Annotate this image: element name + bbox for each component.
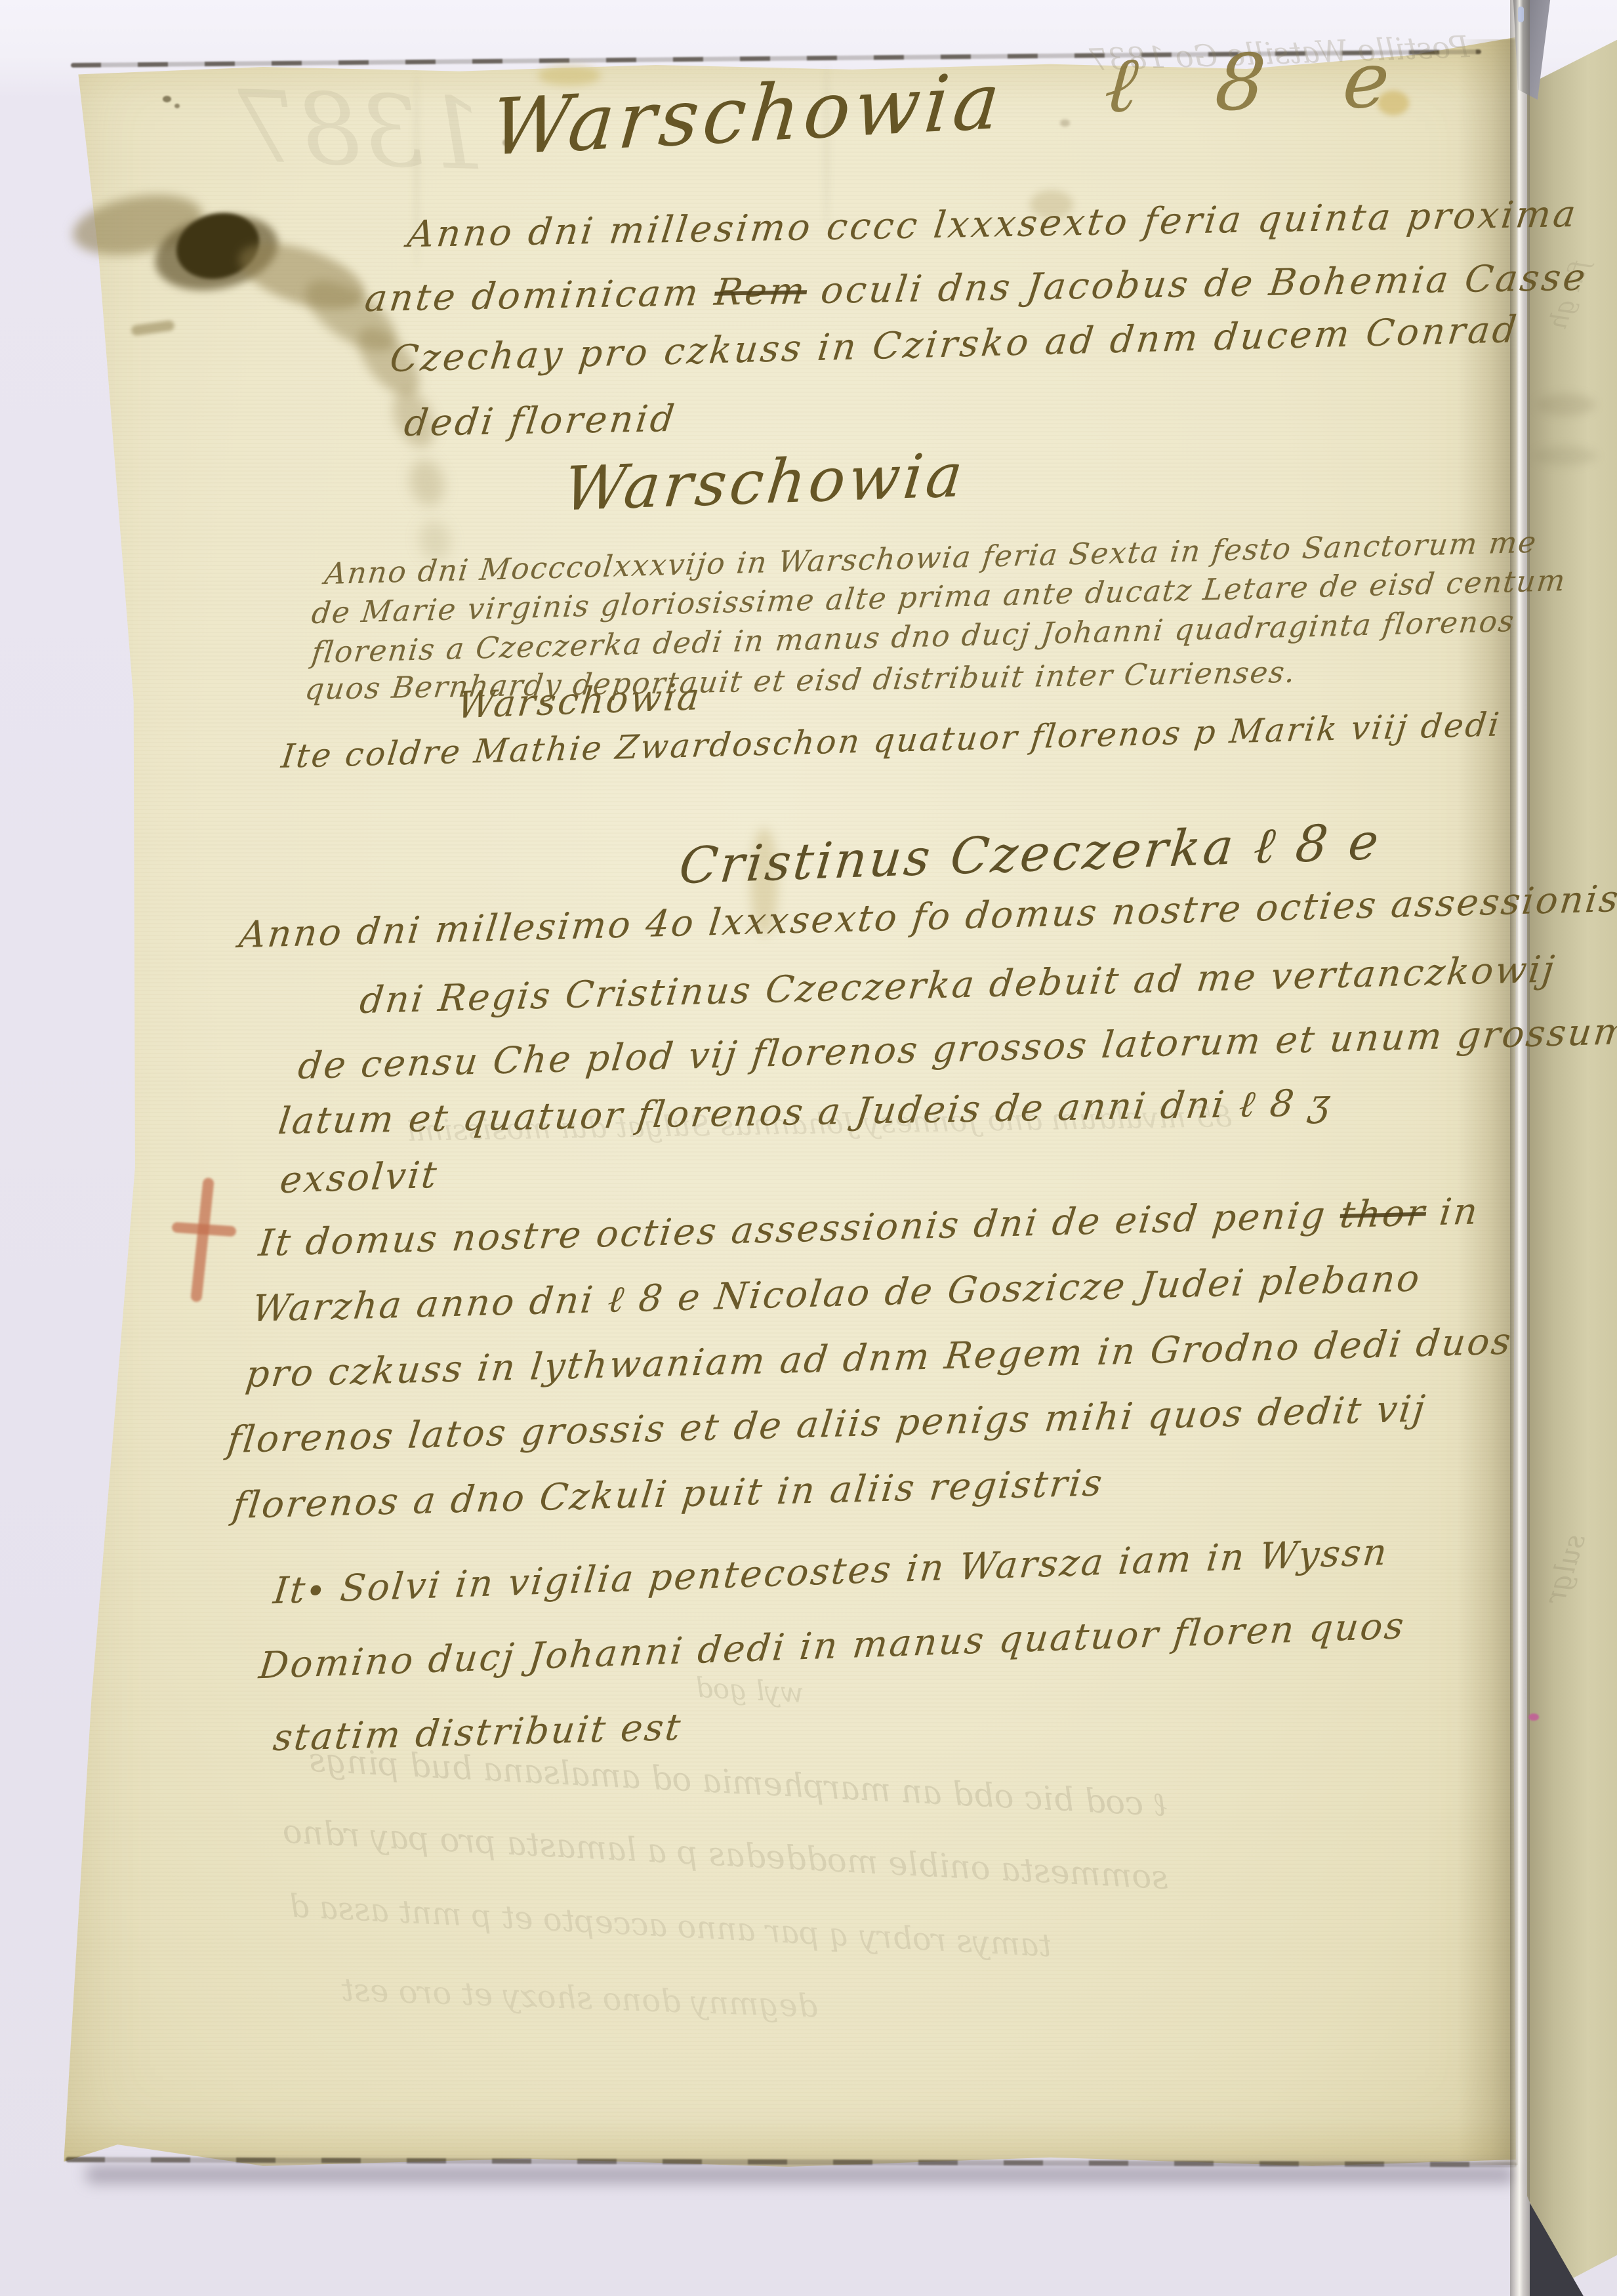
next-page-ghost-smudge [1534,446,1597,466]
entry5-line1-struck-word: thor [1338,1191,1428,1237]
manuscript-scan: fin gh sulgr Postillo Watsille Go 1837 1… [0,0,1617,2296]
entry1-line2-pre: ante dominicam [363,272,718,320]
entry6-line: statim distribuit est [272,1710,684,1757]
ink-speck [174,104,180,108]
ink-speck [163,96,171,102]
folio-mark: ℓ 8 e [1102,41,1399,123]
entry1-line2-struck-word: Rem [712,270,809,314]
entry5-line1-post: in [1423,1190,1481,1234]
entry1-line: dedi florenid [402,401,678,442]
page-fold-shadow [1458,39,1518,2165]
page-bottom-shadow [85,2166,1515,2183]
entry2-heading: Warschowia [561,445,968,520]
next-page-ghost-writing: sulgr [1542,1530,1590,1607]
magenta-dot-mark [1528,1713,1539,1721]
bleedthrough-digits: 1387 [234,77,488,184]
entry4-line: exsolvit [278,1157,440,1200]
gutter-highlight-mark [1518,7,1524,22]
entry3-heading: Warschowia [455,679,703,724]
ink-speck [1060,119,1070,127]
bleedthrough-line: wyl god [695,1674,805,1708]
next-page-edge: fin gh sulgr [1527,26,1617,2296]
next-page-ghost-smudge [1536,394,1595,416]
